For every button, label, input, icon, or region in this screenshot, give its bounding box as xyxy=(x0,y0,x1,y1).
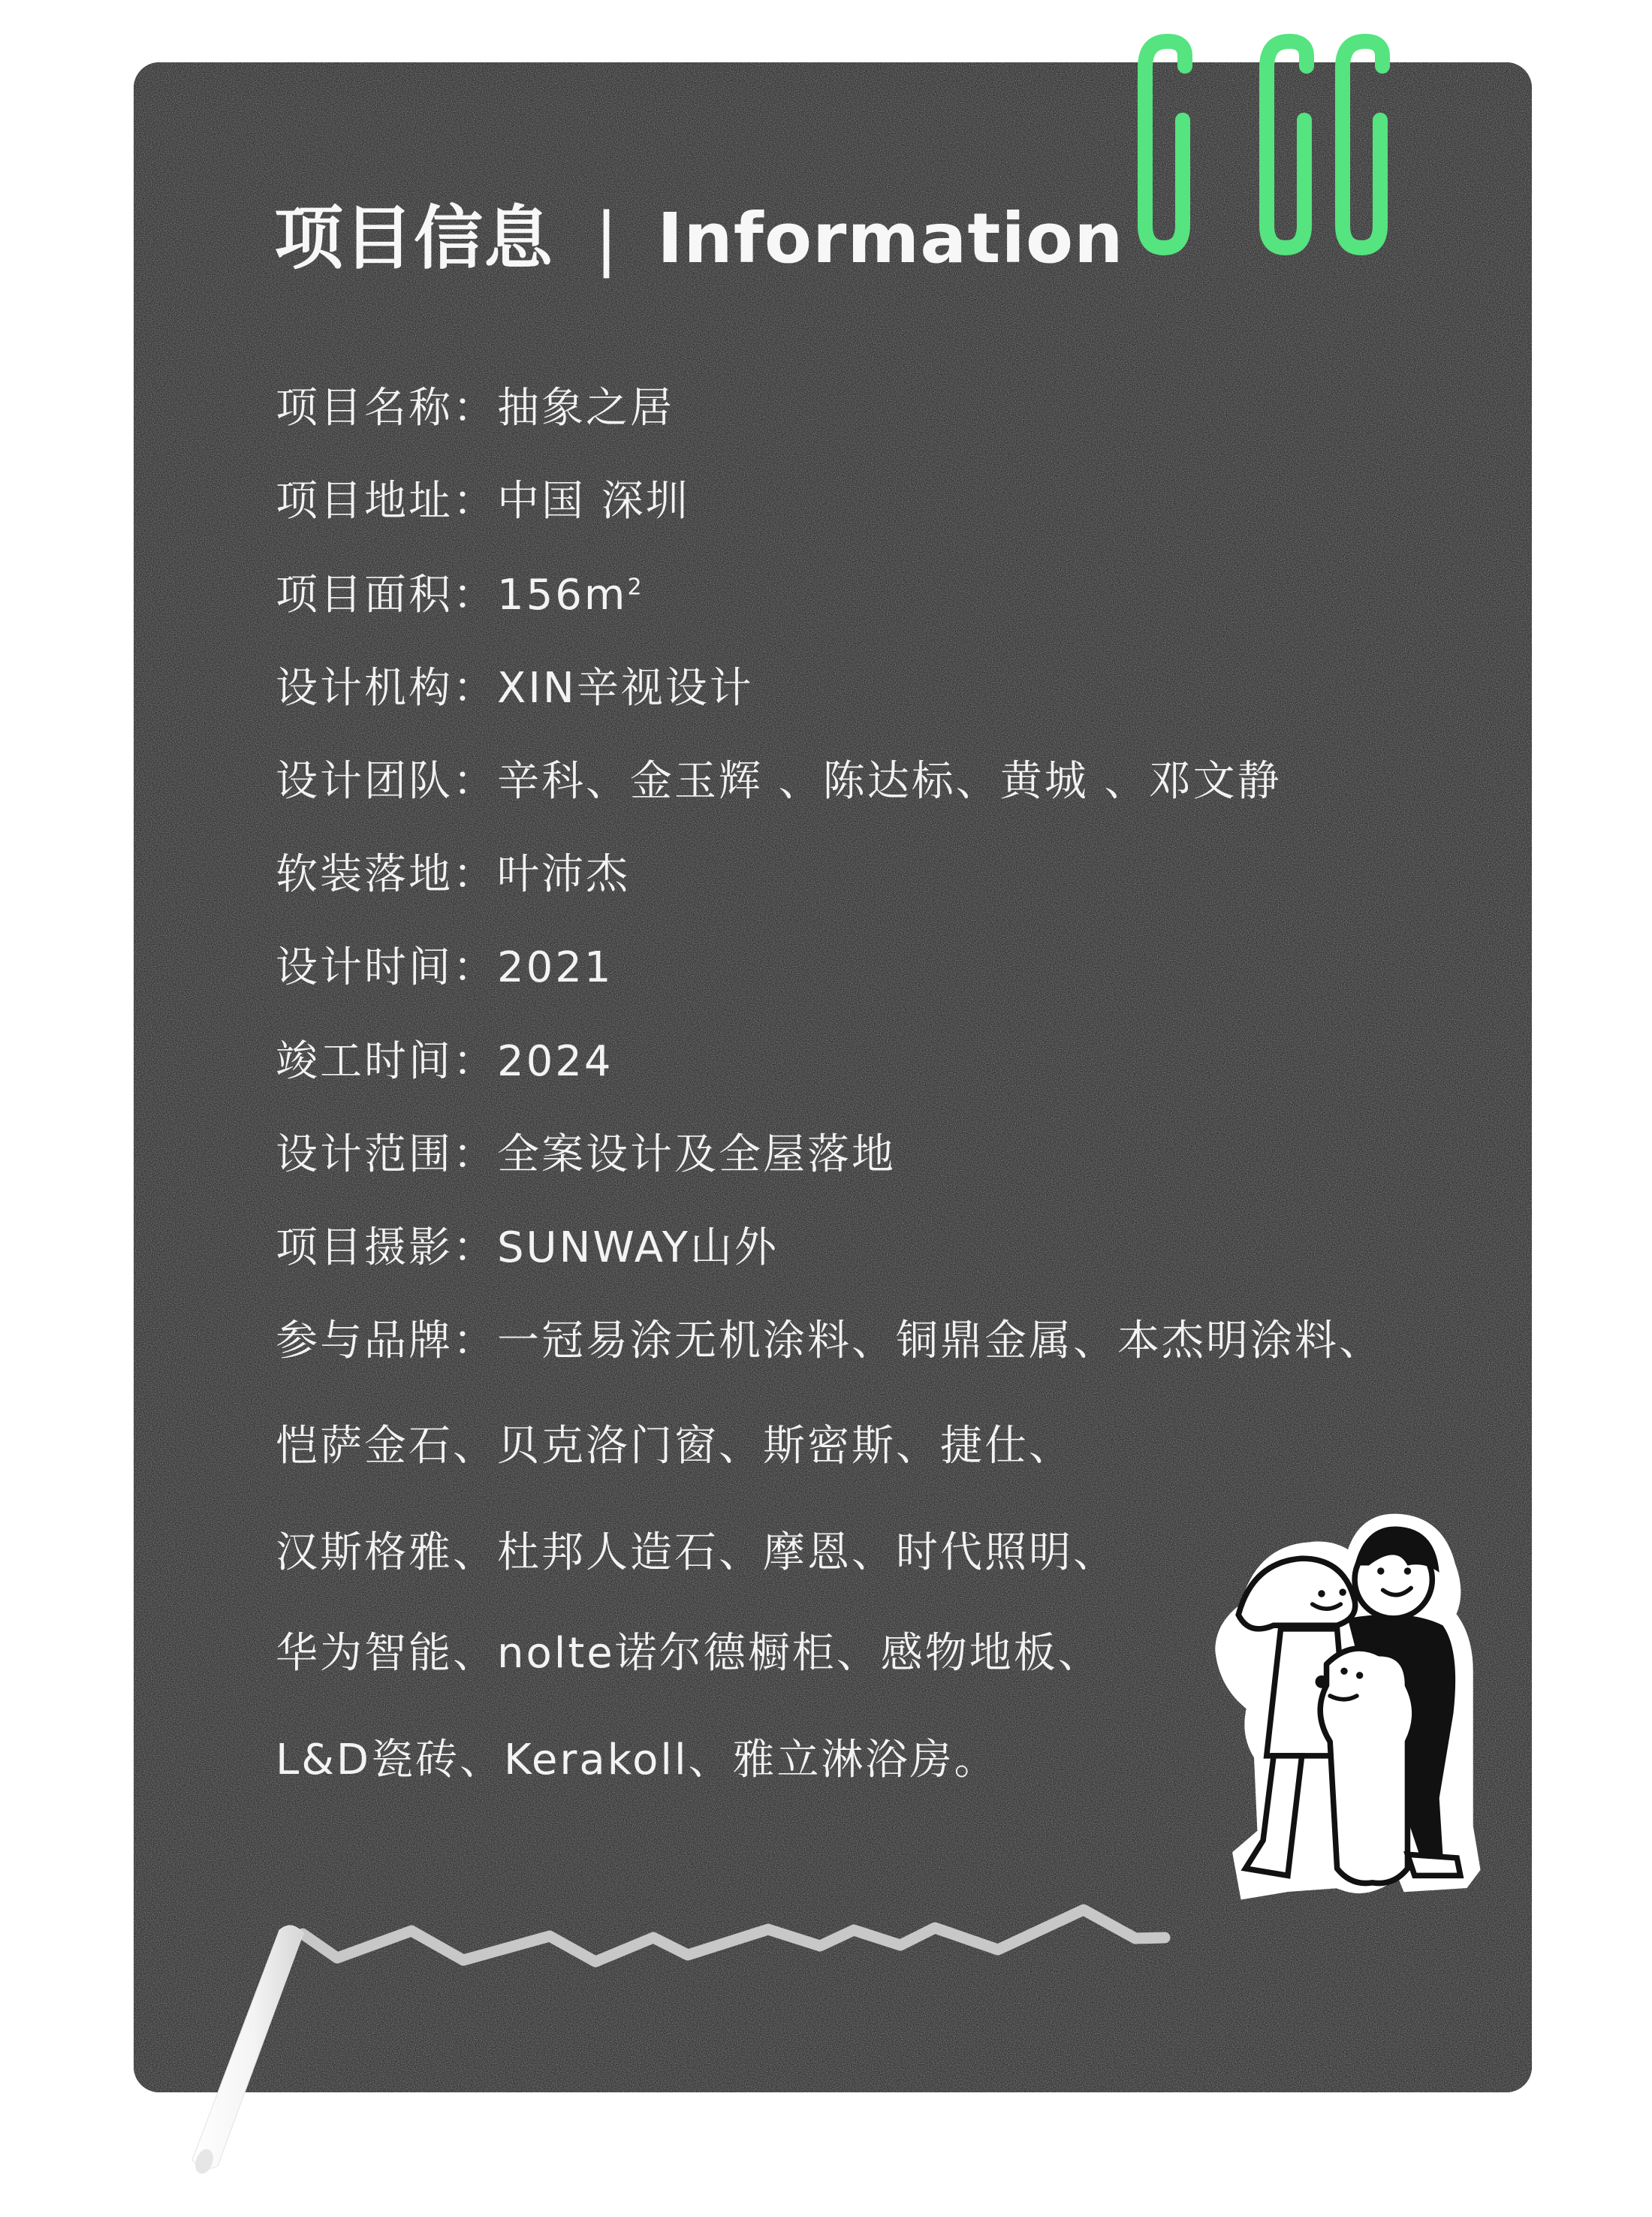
couple-with-poodle-icon xyxy=(1194,1502,1494,1960)
chalk-wave-line xyxy=(303,1910,1165,1962)
chalk-stick-icon xyxy=(192,1926,303,2176)
